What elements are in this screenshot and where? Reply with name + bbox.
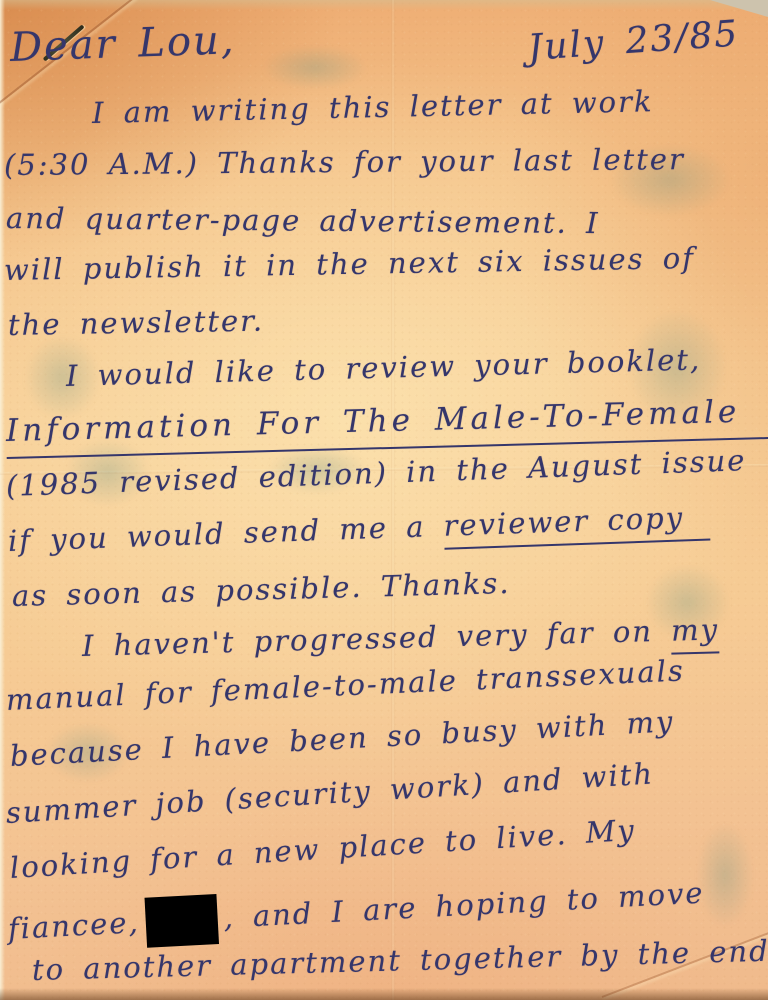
booklet-title-line: Information For The Male-To-Female [5, 390, 768, 451]
letter-line: the newsletter. [8, 303, 265, 345]
salutation-text: Dear Lou, [9, 17, 236, 71]
underlined-text: my [671, 612, 720, 654]
line-text: I am writing this letter at work [92, 84, 654, 130]
salutation: Dear Lou, [9, 14, 236, 74]
line-text: fiancee, [7, 905, 140, 946]
letter-line: I would like to review your booklet, [66, 341, 702, 395]
redaction-box [144, 894, 219, 948]
line-text: if you would send me a [7, 509, 444, 558]
ghost-mark [250, 40, 380, 95]
line-text: I haven't progressed very far on [82, 614, 672, 663]
letter-line: (5:30 A.M.) Thanks for your last letter [4, 141, 685, 185]
line-text: I would like to review your booklet, [66, 342, 702, 393]
letter-page: Dear Lou, July 23/85 I am writing this l… [0, 0, 768, 1000]
letter-line: if you would send me a reviewer copy [7, 498, 710, 560]
line-text: as soon as possible. Thanks. [12, 566, 511, 613]
line-text: will publish it in the next six issues o… [4, 241, 695, 287]
underlined-text: reviewer copy [443, 499, 711, 549]
date-text: July 23/85 [527, 13, 741, 69]
letter-line: I am writing this letter at work [92, 83, 654, 132]
line-text: , and I are hoping to move [223, 876, 706, 935]
line-text: and quarter-page advertisement. I [6, 201, 600, 240]
letter-line: and quarter-page advertisement. I [6, 200, 600, 243]
line-text: (5:30 A.M.) Thanks for your last letter [4, 142, 685, 182]
date-line: July 23/85 [526, 11, 740, 72]
letter-line: will publish it in the next six issues o… [4, 240, 696, 290]
line-text: the newsletter. [8, 304, 265, 342]
bottom-edge-shadow [0, 988, 768, 1000]
letter-line: as soon as possible. Thanks. [12, 565, 511, 616]
paper-top-edge [0, 0, 768, 10]
